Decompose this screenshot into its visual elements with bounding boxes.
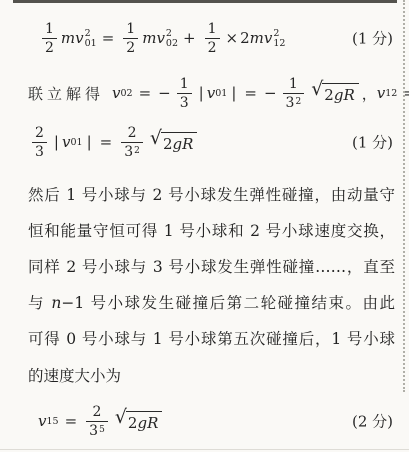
- velocity-var: v: [62, 133, 70, 151]
- velocity-var: v: [38, 412, 46, 430]
- sup-sub-stack: 2 02: [166, 29, 178, 50]
- radical-sign: √: [115, 408, 127, 427]
- equation-energy-conservation: 1 2 mv 2 01 = 1 2 mv 2 02 + 1 2 × 2 mv 2…: [28, 16, 395, 60]
- n-variable: n: [51, 294, 61, 312]
- equals-sign: =: [100, 133, 113, 151]
- abs-bar: |: [231, 84, 236, 102]
- math-term: mv: [142, 29, 165, 47]
- body-paragraph-line-1: 然后 1 号小球与 2 号小球发生弹性碰撞，由动量守: [28, 184, 395, 206]
- equation-v12-result: 2 3 | v 01 | = 2 32 √ 2gR (1 分): [28, 120, 395, 164]
- solve-result-line: 联立解得 v 02 = − 1 3 | v 01 | = − 1 32 √ 2g…: [28, 71, 395, 115]
- body-paragraph-line-2: 恒和能量守恒可得 1 号小球和 2 号小球速度交换，: [28, 220, 395, 242]
- radical-sign: √: [150, 129, 162, 148]
- top-rule: [13, 0, 397, 3]
- score-badge: (2 分): [352, 411, 393, 432]
- square-root: √ 2gR: [150, 132, 198, 153]
- square-root: √ 2gR: [115, 411, 163, 432]
- equation-v15-final: v 15 = 2 35 √ 2gR (2 分): [28, 399, 395, 443]
- score-badge: (1 分): [352, 28, 393, 49]
- fraction: 1 2: [123, 22, 138, 55]
- square-root: √ 2gR: [311, 83, 359, 104]
- fraction: 2 32: [121, 126, 143, 159]
- equals-sign: =: [244, 84, 257, 102]
- sup-sub-stack: 2 12: [273, 29, 285, 50]
- equals-sign: =: [403, 84, 409, 102]
- fraction: 2 35: [86, 405, 108, 438]
- plus-sign: +: [183, 29, 196, 47]
- math-term: mv: [250, 29, 273, 47]
- fraction: 1 2: [42, 22, 57, 55]
- times-sign: ×: [226, 29, 239, 47]
- fraction: 1 3: [177, 77, 192, 110]
- comma: ，: [362, 83, 377, 104]
- velocity-var: v: [112, 84, 120, 102]
- math-term: mv: [61, 29, 84, 47]
- coefficient: 2: [240, 29, 250, 47]
- body-paragraph-line-5: 可得 0 号小球与 1 号小球第五次碰撞后，1 号小球: [28, 328, 395, 350]
- page-edge-dotted-border: [403, 0, 405, 392]
- body-paragraph-line-3: 同样 2 号小球与 3 号小球发生弹性碰撞……，直至: [28, 256, 395, 278]
- bottom-rule: [0, 449, 409, 450]
- radical-sign: √: [311, 80, 323, 99]
- fraction: 1 32: [283, 77, 305, 110]
- equals-sign: =: [102, 29, 115, 47]
- fraction: 1 2: [205, 22, 220, 55]
- equals-sign: =: [65, 412, 78, 430]
- sup-sub-stack: 2 01: [85, 29, 97, 50]
- abs-bar: |: [199, 84, 204, 102]
- minus-sign: −: [158, 84, 171, 102]
- fraction: 2 3: [32, 126, 47, 159]
- velocity-var: v: [207, 84, 215, 102]
- equals-sign: =: [139, 84, 152, 102]
- abs-bar: |: [87, 133, 92, 151]
- body-paragraph-line-6: 的速度大小为: [28, 365, 395, 387]
- minus-sign: −: [264, 84, 277, 102]
- solve-label: 联立解得: [28, 83, 104, 104]
- scanned-solution-page: 1 2 mv 2 01 = 1 2 mv 2 02 + 1 2 × 2 mv 2…: [0, 0, 409, 452]
- abs-bar: |: [54, 133, 59, 151]
- velocity-var: v: [377, 84, 385, 102]
- body-paragraph-line-4: 与 n−1 号小球发生碰撞后第二轮碰撞结束。由此: [28, 292, 395, 314]
- score-badge: (1 分): [352, 132, 393, 153]
